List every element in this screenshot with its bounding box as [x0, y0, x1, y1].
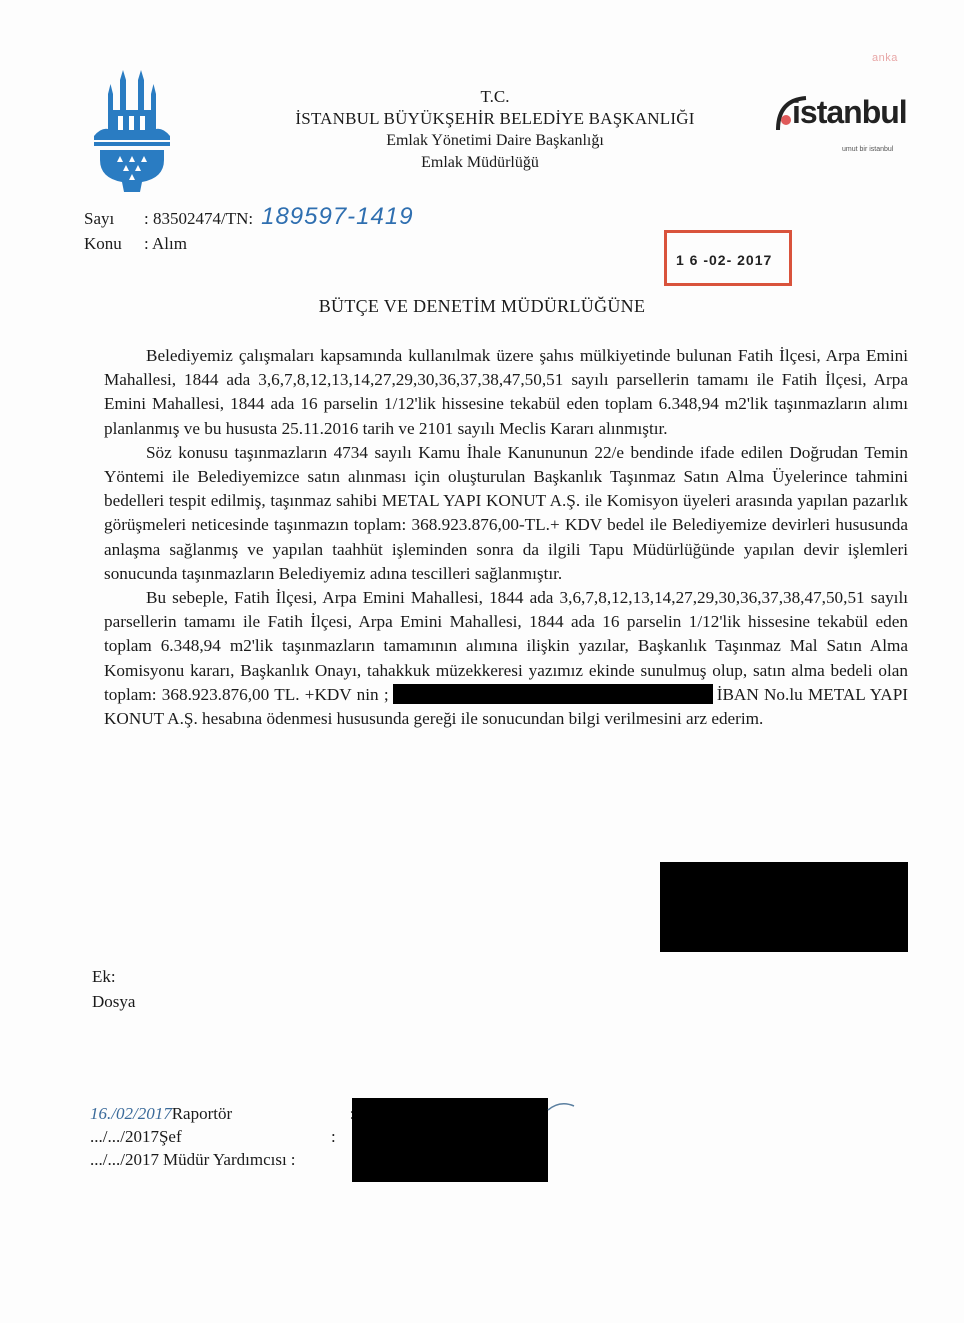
approval-colon: : [331, 1125, 341, 1148]
istanbul-logo-word: istanbul [792, 94, 907, 131]
header-department: Emlak Yönetimi Daire Başkanlığı [260, 130, 730, 152]
attachment-item: Dosya [92, 989, 135, 1014]
approval-list: 16./02/2017 Raportör : .../.../2017 Şef … [90, 1102, 360, 1171]
sayi-label: Sayı [84, 206, 144, 231]
paragraph-2: Söz konusu taşınmazların 4734 sayılı Kam… [104, 441, 908, 586]
attachments: Ek: Dosya [92, 964, 135, 1014]
letterhead: T.C. İSTANBUL BÜYÜKŞEHİR BELEDİYE BAŞKAN… [260, 86, 730, 174]
sayi-value: : 83502474/TN: [144, 206, 253, 231]
konu-value: : Alım [144, 231, 187, 256]
handwritten-mark-icon [540, 1090, 590, 1220]
approval-row: 16./02/2017 Raportör : [90, 1102, 360, 1125]
paragraph-3: Bu sebeple, Fatih İlçesi, Arpa Emini Mah… [104, 586, 908, 731]
redacted-approval-signatures [352, 1098, 548, 1182]
recipient-heading: BÜTÇE VE DENETİM MÜDÜRLÜĞÜNE [0, 296, 964, 317]
sayi-handwritten-number: 189597-1419 [261, 204, 413, 229]
approval-role: Şef [159, 1125, 331, 1148]
approval-role: Raportör [172, 1102, 350, 1125]
date-stamp: 1 6 -02- 2017 [676, 252, 772, 268]
redacted-iban [393, 684, 713, 704]
approval-date: .../.../2017 [90, 1148, 159, 1171]
approval-row: .../.../2017 Müdür Yardımcısı : [90, 1148, 360, 1171]
header-tc: T.C. [260, 86, 730, 108]
konu-row: Konu : Alım [84, 231, 414, 256]
ibb-emblem-icon [92, 70, 172, 192]
header-institution: İSTANBUL BÜYÜKŞEHİR BELEDİYE BAŞKANLIĞI [260, 108, 730, 130]
approval-row: .../.../2017 Şef : [90, 1125, 360, 1148]
attachments-label: Ek: [92, 964, 135, 989]
sayi-row: Sayı : 83502474/TN: 189597-1419 [84, 204, 414, 231]
paragraph-1: Belediyemiz çalışmaları kapsamında kulla… [104, 344, 908, 441]
redacted-signature [660, 862, 908, 952]
approval-colon: : [291, 1148, 301, 1171]
konu-label: Konu [84, 231, 144, 256]
header-directorate: Emlak Müdürlüğü [230, 152, 730, 174]
document-meta: Sayı : 83502474/TN: 189597-1419 Konu : A… [84, 204, 414, 256]
letter-body: Belediyemiz çalışmaları kapsamında kulla… [104, 344, 908, 731]
approval-role: Müdür Yardımcısı [163, 1148, 287, 1171]
watermark: anka [872, 52, 898, 64]
approval-date: .../.../2017 [90, 1125, 159, 1148]
approval-date: 16./02/2017 [90, 1102, 172, 1125]
istanbul-logo-tagline: umut bir istanbul [842, 146, 893, 153]
